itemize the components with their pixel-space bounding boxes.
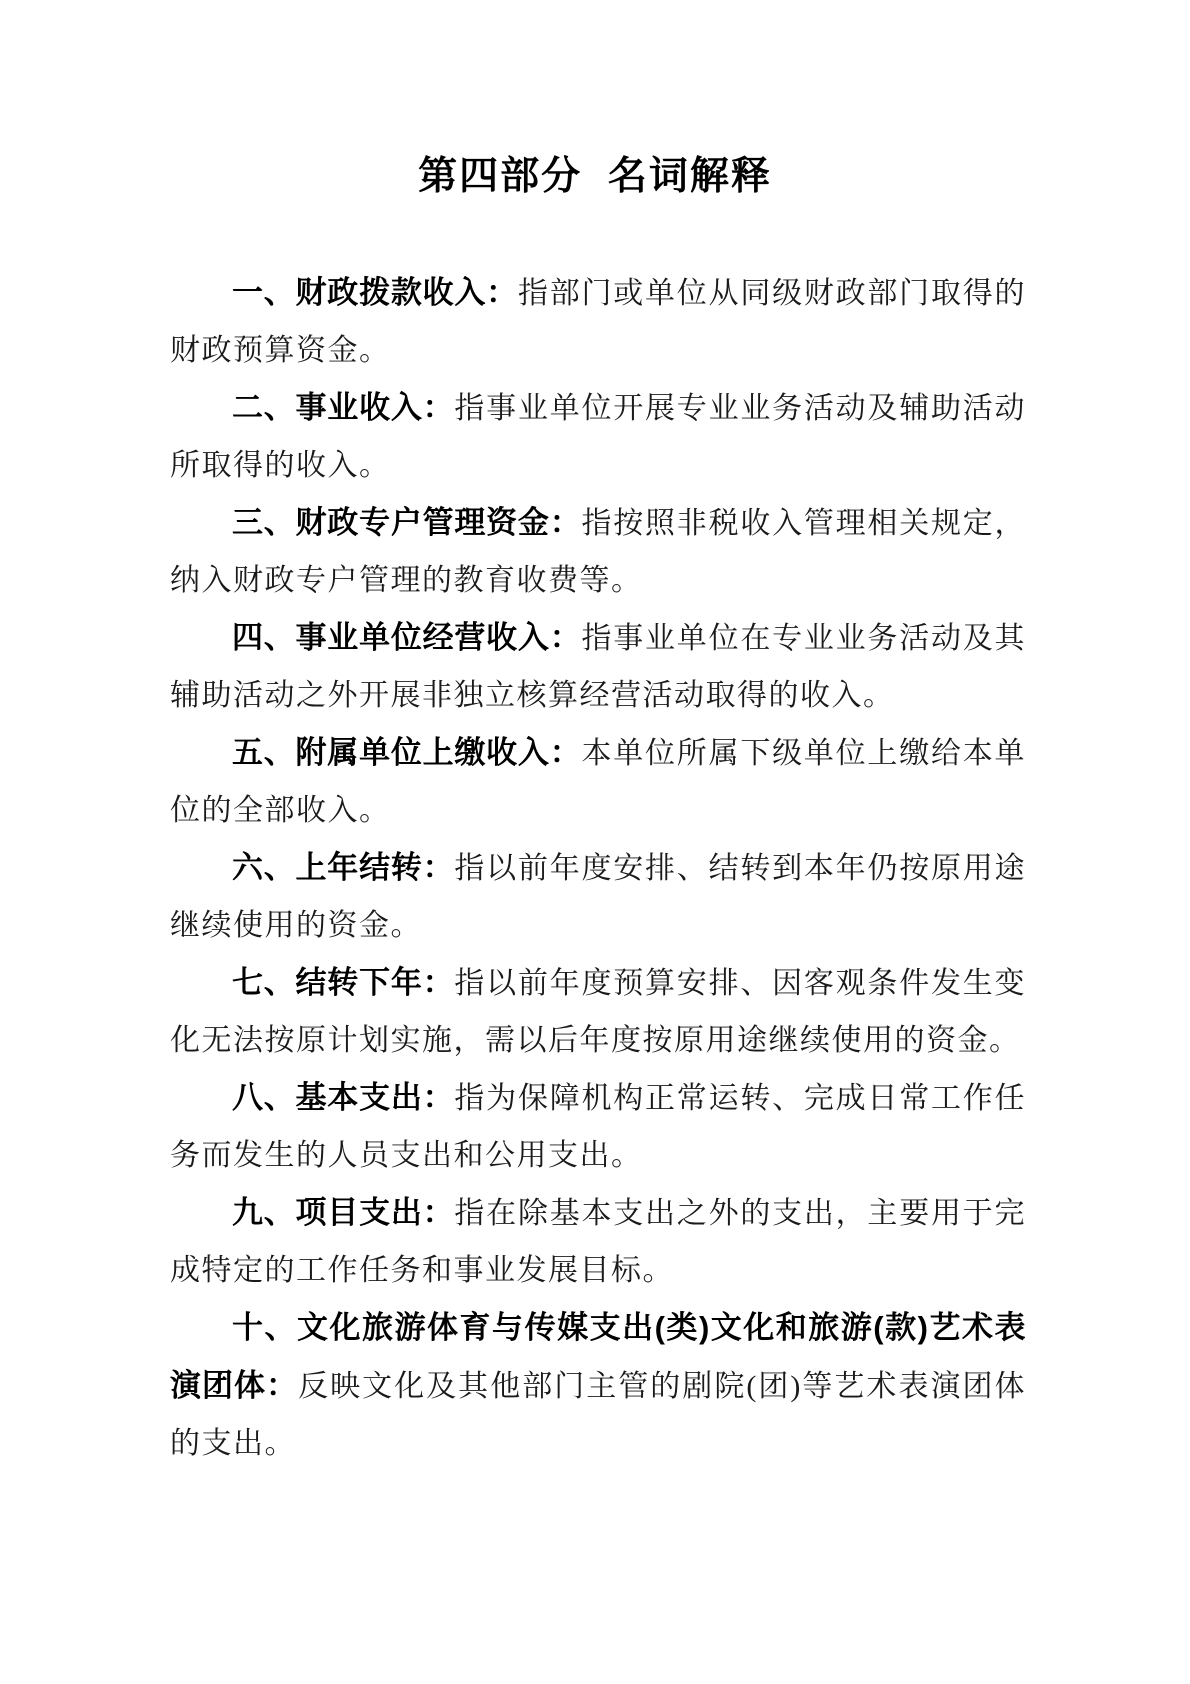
term-label: 六、上年结转： [232, 850, 454, 885]
term-label: 九、项目支出： [232, 1195, 454, 1230]
glossary-entry-2: 二、事业收入：指事业单位开展专业业务活动及辅助活动所取得的收入。 [170, 379, 1026, 494]
glossary-entry-3: 三、财政专户管理资金：指按照非税收入管理相关规定，纳入财政专户管理的教育收费等。 [170, 494, 1026, 609]
term-label: 三、财政专户管理资金： [232, 505, 581, 540]
glossary-entry-8: 八、基本支出：指为保障机构正常运转、完成日常工作任务而发生的人员支出和公用支出。 [170, 1069, 1026, 1184]
glossary-entry-5: 五、附属单位上缴收入：本单位所属下级单位上缴给本单位的全部收入。 [170, 724, 1026, 839]
term-label: 七、结转下年： [232, 965, 454, 1000]
term-label: 一、财政拨款收入： [232, 275, 518, 310]
glossary-entry-10: 十、文化旅游体育与传媒支出(类)文化和旅游(款)艺术表演团体：反映文化及其他部门… [170, 1299, 1026, 1472]
term-label: 四、事业单位经营收入： [232, 620, 581, 655]
document-page: 第四部分 名词解释 一、财政拨款收入：指部门或单位从同级财政部门取得的财政预算资… [0, 0, 1190, 1684]
term-label: 二、事业收入： [232, 390, 454, 425]
term-label: 五、附属单位上缴收入： [232, 735, 581, 770]
glossary-entry-9: 九、项目支出：指在除基本支出之外的支出，主要用于完成特定的工作任务和事业发展目标… [170, 1184, 1026, 1299]
term-definition: 反映文化及其他部门主管的剧院(团)等艺术表演团体的支出。 [170, 1370, 1026, 1460]
glossary-entry-1: 一、财政拨款收入：指部门或单位从同级财政部门取得的财政预算资金。 [170, 264, 1026, 379]
glossary-entry-6: 六、上年结转：指以前年度安排、结转到本年仍按原用途继续使用的资金。 [170, 839, 1026, 954]
glossary-entry-4: 四、事业单位经营收入：指事业单位在专业业务活动及其辅助活动之外开展非独立核算经营… [170, 609, 1026, 724]
glossary-content: 一、财政拨款收入：指部门或单位从同级财政部门取得的财政预算资金。 二、事业收入：… [170, 264, 1026, 1472]
page-title: 第四部分 名词解释 [0, 0, 1190, 202]
term-label: 八、基本支出： [232, 1080, 454, 1115]
glossary-entry-7: 七、结转下年：指以前年度预算安排、因客观条件发生变化无法按原计划实施，需以后年度… [170, 954, 1026, 1069]
